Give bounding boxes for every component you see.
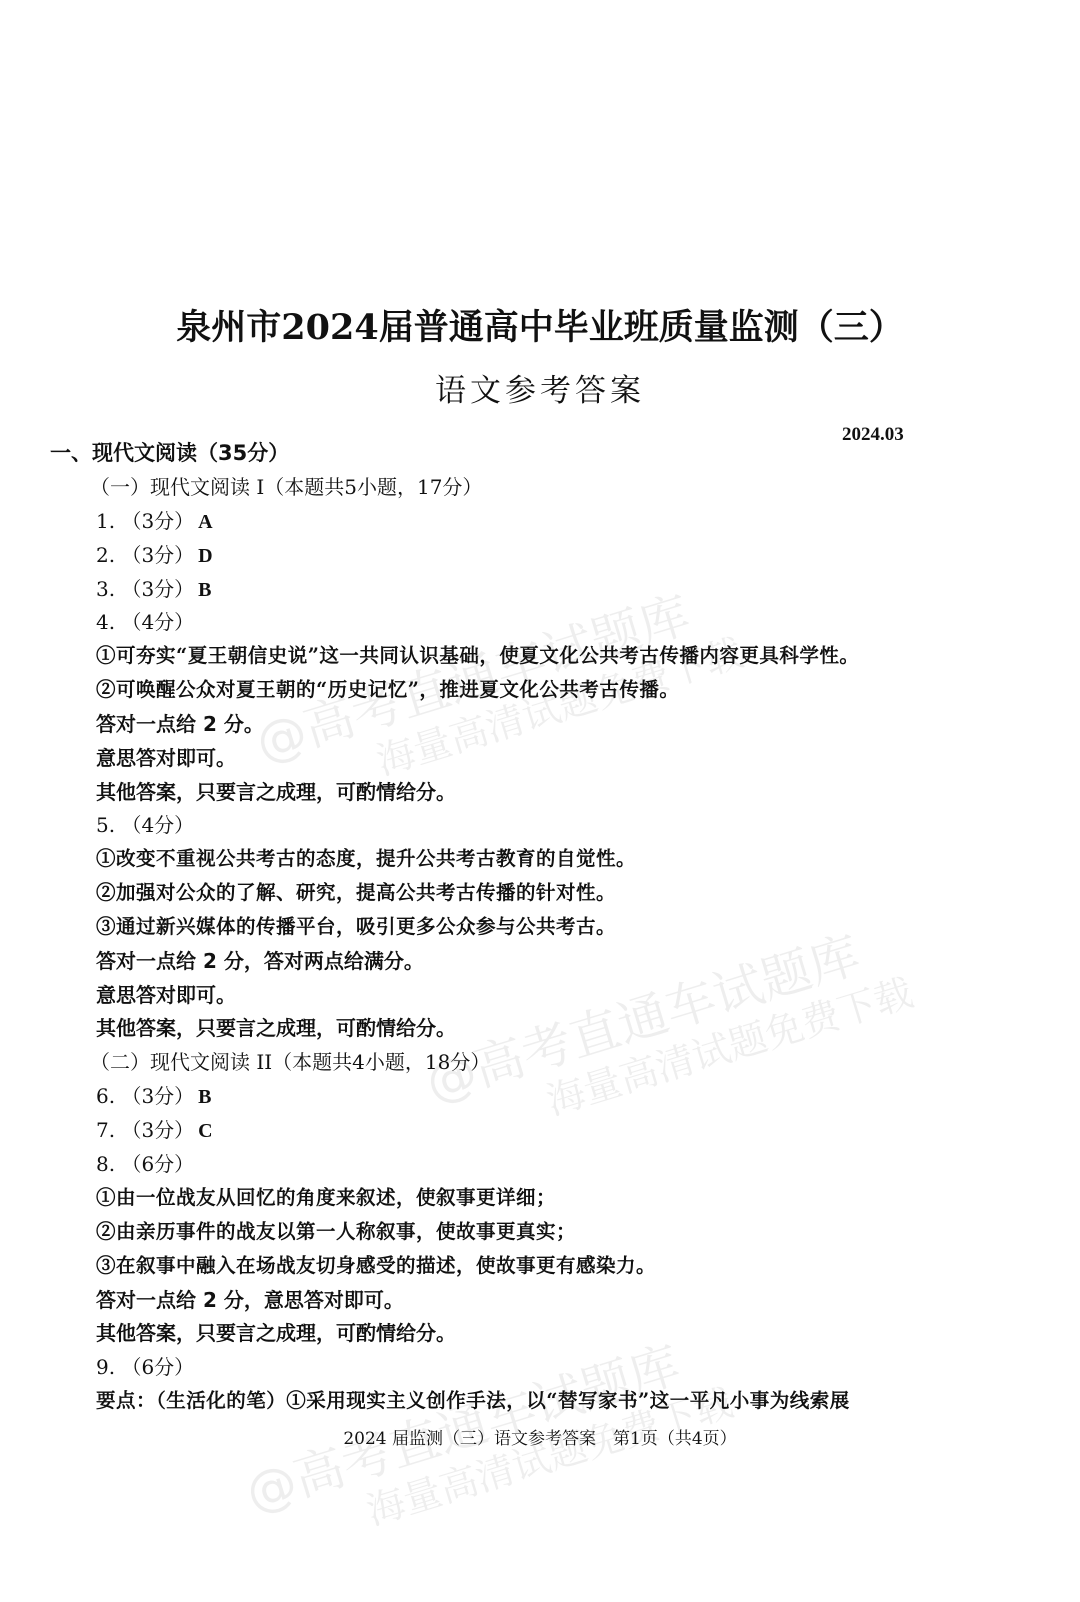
document-title: 泉州市2024届普通高中毕业班质量监测（三） xyxy=(0,300,1080,350)
q5-note-1: 答对一点给 2 分，答对两点给满分。 xyxy=(96,948,424,974)
part2-heading: （二）现代文阅读 II（本题共4小题，18分） xyxy=(90,1049,490,1075)
q9-key-label: 要点： xyxy=(96,1389,156,1412)
question-2: 2. （3分）D xyxy=(96,542,213,569)
question-6: 6. （3分）B xyxy=(96,1083,212,1110)
q4-note-2: 意思答对即可。 xyxy=(96,745,236,771)
question-answer: D xyxy=(198,545,212,567)
q5-point-3: ③通过新兴媒体的传播平台，吸引更多公众参与公共考古。 xyxy=(96,914,616,940)
question-label: 8. （6分） xyxy=(96,1152,194,1176)
question-8: 8. （6分） xyxy=(96,1151,194,1177)
question-label: 6. （3分） xyxy=(96,1084,194,1108)
page-footer: 2024 届监测（三）语文参考答案 第1页（共4页） xyxy=(0,1424,1080,1449)
question-1: 1. （3分）A xyxy=(96,508,213,535)
question-label: 2. （3分） xyxy=(96,543,194,567)
question-label: 3. （3分） xyxy=(96,577,194,601)
question-label: 1. （3分） xyxy=(96,509,194,533)
question-9: 9. （6分） xyxy=(96,1354,194,1380)
q5-note-3: 其他答案，只要言之成理，可酌情给分。 xyxy=(96,1015,456,1041)
q4-note-3: 其他答案，只要言之成理，可酌情给分。 xyxy=(96,779,456,805)
question-4: 4. （4分） xyxy=(96,609,194,635)
q8-note-2: 其他答案，只要言之成理，可酌情给分。 xyxy=(96,1320,456,1346)
watermark: @高考直通车试题库 海量高清试题免费下载 xyxy=(420,917,919,1160)
q8-point-3: ③在叙事中融入在场战友切身感受的描述，使故事更有感染力。 xyxy=(96,1253,656,1279)
document-subtitle: 语文参考答案 xyxy=(0,365,1080,410)
q9-key-text: （生活化的笔）①采用现实主义创作手法，以“替写家书”这一平凡小事为线索展 xyxy=(156,1389,850,1412)
document-date: 2024.03 xyxy=(842,424,904,446)
question-label: 9. （6分） xyxy=(96,1355,194,1379)
watermark-line2: 海量高清试题免费下载 xyxy=(435,966,919,1159)
question-7: 7. （3分）C xyxy=(96,1117,213,1144)
q8-note-1: 答对一点给 2 分，意思答对即可。 xyxy=(96,1287,404,1313)
question-5: 5. （4分） xyxy=(96,812,194,838)
q4-point-2: ②可唤醒公众对夏王朝的“历史记忆”，推进夏文化公共考古传播。 xyxy=(96,677,679,703)
question-answer: A xyxy=(198,511,212,533)
q8-point-2: ②由亲历事件的战友以第一人称叙事，使故事更真实； xyxy=(96,1219,576,1245)
question-answer: C xyxy=(198,1120,212,1142)
watermark-line1: @高考直通车试题库 xyxy=(419,926,866,1113)
question-3: 3. （3分）B xyxy=(96,576,212,603)
q4-note-1: 答对一点给 2 分。 xyxy=(96,711,264,737)
question-answer: B xyxy=(198,579,211,601)
answer-key-page: @高考直通车试题库 海量高清试题免费下载 @高考直通车试题库 海量高清试题免费下… xyxy=(0,0,1080,1602)
question-label: 7. （3分） xyxy=(96,1118,194,1142)
question-answer: B xyxy=(198,1086,211,1108)
q5-note-2: 意思答对即可。 xyxy=(96,982,236,1008)
q5-point-1: ①改变不重视公共考古的态度，提升公共考古教育的自觉性。 xyxy=(96,846,636,872)
q5-point-2: ②加强对公众的了解、研究，提高公共考古传播的针对性。 xyxy=(96,880,616,906)
part1-heading: （一）现代文阅读 I（本题共5小题，17分） xyxy=(90,474,482,500)
section-heading: 一、现代文阅读（35分） xyxy=(50,440,289,466)
q9-key-points: 要点：（生活化的笔）①采用现实主义创作手法，以“替写家书”这一平凡小事为线索展 xyxy=(96,1388,850,1414)
q4-point-1: ①可夯实“夏王朝信史说”这一共同认识基础，使夏文化公共考古传播内容更具科学性。 xyxy=(96,643,859,669)
question-label: 5. （4分） xyxy=(96,813,194,837)
question-label: 4. （4分） xyxy=(96,610,194,634)
q8-point-1: ①由一位战友从回忆的角度来叙述，使叙事更详细； xyxy=(96,1185,556,1211)
